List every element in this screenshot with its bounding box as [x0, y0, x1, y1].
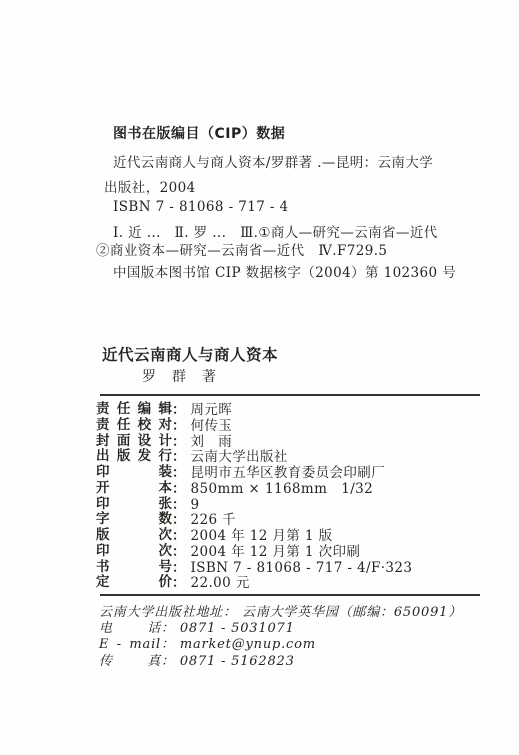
colophon-value: 昆明市五华区教育委员会印刷厂 — [191, 465, 386, 481]
colophon-value: 850mm × 1168mm 1/32 — [191, 481, 374, 497]
colophon-colon: ： — [172, 528, 186, 544]
cip-classification-line-1: Ⅰ. 近 ... Ⅱ. 罗 ... Ⅲ.①商人—研究—云南省—近代 — [113, 221, 438, 241]
colophon-value: 周元晖 — [191, 402, 233, 418]
colophon-label: 印装 — [96, 465, 172, 481]
colophon-colon: ： — [172, 512, 186, 528]
colophon-row-book-number: 书号：ISBN 7 - 81068 - 717 - 4/F·323 — [96, 560, 496, 576]
colophon-colon: ： — [172, 481, 186, 497]
colophon-row-editor: 责任编辑：周元晖 — [96, 402, 496, 418]
publisher-address-label: 云南大学出版社地址 — [99, 605, 223, 620]
contact-row-email: E - mail：market@ynup.com — [99, 637, 509, 653]
colophon-row-price: 定价：22.00 元 — [96, 575, 496, 591]
colophon-colon: ： — [172, 402, 186, 418]
colophon-colon: ： — [172, 575, 186, 591]
cip-data-header: 图书在版编目（CIP）数据 — [113, 123, 285, 143]
cip-registry-line: 中国版本图书馆 CIP 数据核字（2004）第 102360 号 — [113, 261, 456, 281]
contact-row-fax: 传真：0871 - 5162823 — [99, 654, 509, 670]
colophon-label: 责任校对 — [96, 418, 172, 434]
colophon-row-edition: 版次：2004 年 12 月第 1 版 — [96, 528, 496, 544]
colophon-value: 22.00 元 — [191, 575, 250, 591]
divider-bottom — [100, 594, 480, 596]
colophon-value: 何传玉 — [191, 418, 233, 434]
colophon-row-publisher: 出版发行：云南大学出版社 — [96, 449, 496, 465]
colophon-list: 责任编辑：周元晖 责任校对：何传玉 封面设计：刘 雨 出版发行：云南大学出版社 … — [96, 402, 496, 591]
contact-label: E - mail — [99, 637, 161, 653]
colophon-colon: ： — [172, 544, 186, 560]
colophon-row-proofreader: 责任校对：何传玉 — [96, 418, 496, 434]
colophon-row-sheets: 印张：9 — [96, 497, 496, 513]
publisher-address-value: 云南大学英华园（邮编：650091） — [242, 605, 462, 620]
cip-record-line-1: 近代云南商人与商人资本/罗群著 .—昆明：云南大学 — [113, 151, 433, 171]
contact-colon: ： — [161, 637, 175, 652]
colophon-label: 字数 — [96, 512, 172, 528]
colophon-label: 开本 — [96, 481, 172, 497]
contact-row-phone: 电话：0871 - 5031071 — [99, 621, 509, 637]
colophon-label: 责任编辑 — [96, 402, 172, 418]
colophon-row-impression: 印次：2004 年 12 月第 1 次印刷 — [96, 544, 496, 560]
colophon-value: 2004 年 12 月第 1 次印刷 — [191, 544, 361, 560]
colophon-value: ISBN 7 - 81068 - 717 - 4/F·323 — [191, 560, 413, 576]
colophon-colon: ： — [172, 465, 186, 481]
colophon-label: 封面设计 — [96, 434, 172, 450]
contact-label: 电话 — [99, 621, 161, 637]
colophon-colon: ： — [172, 434, 186, 450]
colophon-colon: ： — [172, 449, 186, 465]
colophon-row-word-count: 字数：226 千 — [96, 512, 496, 528]
contact-colon: ： — [161, 621, 175, 636]
contact-value: market@ynup.com — [180, 637, 316, 652]
colophon-colon: ： — [172, 560, 186, 576]
contact-value: 0871 - 5031071 — [180, 621, 295, 636]
colophon-label: 版次 — [96, 528, 172, 544]
colophon-row-cover-design: 封面设计：刘 雨 — [96, 434, 496, 450]
colophon-value: 云南大学出版社 — [191, 449, 288, 465]
colophon-value: 刘 雨 — [191, 434, 233, 450]
copyright-page: 图书在版编目（CIP）数据 近代云南商人与商人资本/罗群著 .—昆明：云南大学 … — [0, 0, 519, 755]
publisher-contact-block: 云南大学出版社地址：云南大学英华园（邮编：650091） 电话：0871 - 5… — [99, 605, 509, 670]
contact-value: 0871 - 5162823 — [180, 654, 295, 669]
colophon-value: 2004 年 12 月第 1 版 — [191, 528, 333, 544]
contact-colon: ： — [161, 654, 175, 669]
colophon-colon: ： — [172, 497, 186, 513]
colophon-colon: ： — [172, 418, 186, 434]
colophon-row-format: 开本：850mm × 1168mm 1/32 — [96, 481, 496, 497]
cip-record-line-2: 出版社，2004 — [104, 176, 196, 196]
book-author: 罗 群 著 — [142, 366, 217, 386]
colophon-value: 9 — [191, 497, 200, 513]
cip-isbn-line: ISBN 7 - 81068 - 717 - 4 — [113, 199, 289, 215]
colophon-label: 书号 — [96, 560, 172, 576]
colophon-row-printer: 印装：昆明市五华区教育委员会印刷厂 — [96, 465, 496, 481]
address-colon: ： — [223, 605, 237, 620]
cip-classification-line-2: ②商业资本—研究—云南省—近代 Ⅳ.F729.5 — [96, 239, 387, 259]
contact-label: 传真 — [99, 654, 161, 670]
colophon-label: 印张 — [96, 497, 172, 513]
colophon-label: 定价 — [96, 575, 172, 591]
book-title: 近代云南商人与商人资本 — [102, 343, 278, 365]
colophon-label: 出版发行 — [96, 449, 172, 465]
colophon-value: 226 千 — [191, 512, 237, 528]
publisher-address-line: 云南大学出版社地址：云南大学英华园（邮编：650091） — [99, 605, 509, 621]
divider-top — [100, 394, 480, 396]
colophon-label: 印次 — [96, 544, 172, 560]
